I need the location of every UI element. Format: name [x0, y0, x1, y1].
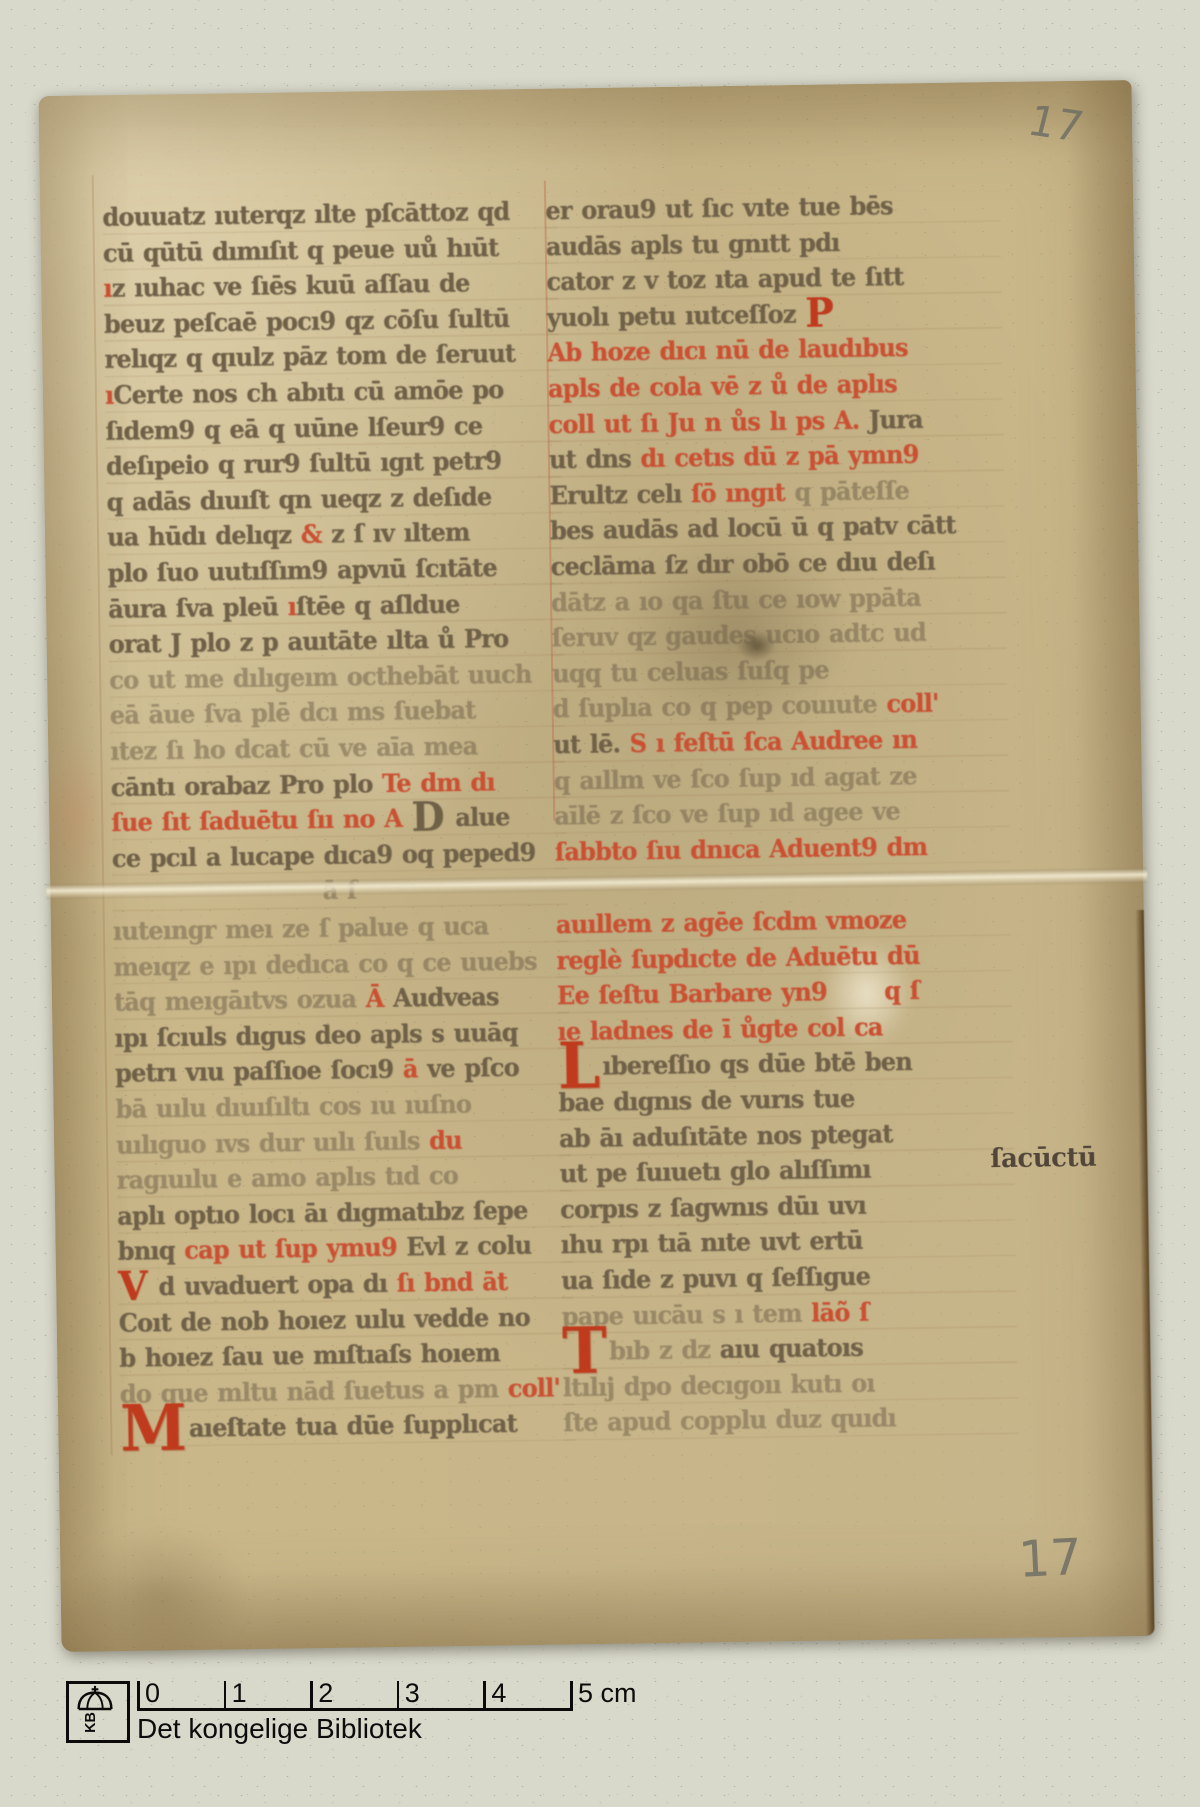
- ink-text: uılıguo ıvs dur uılı ſuıls: [116, 1124, 429, 1159]
- ink-text: ſıdem9 q eā q uūne lſeur9 ce: [105, 409, 482, 445]
- ink-text: ua ſıde z puvı q ſeſſıgue: [561, 1260, 870, 1295]
- ink-text: bıb z dz: [609, 1334, 720, 1366]
- ink-text: beuz peſcaē pocı9 qz cōſu ſultū: [104, 302, 510, 339]
- margin-note: ſacūctū: [990, 1143, 1096, 1175]
- ink-text: d uvaduert opa dı: [149, 1267, 397, 1301]
- folio-number-top: 17: [1023, 96, 1088, 151]
- library-name: Det kongelige Bibliotek: [137, 1713, 422, 1745]
- rubric-text: P: [805, 288, 833, 336]
- rubric-text: lāõ ſ: [811, 1296, 869, 1328]
- ink-text: ut lē.: [553, 728, 630, 760]
- rubric-text: du: [429, 1124, 462, 1155]
- scale-tick: [137, 1681, 140, 1708]
- ink-text: ut pe ſuıuetı glo alıſſımı: [559, 1153, 870, 1188]
- scale-tick: [224, 1681, 227, 1708]
- ink-text: aplı optıo locı āı dıgmatıbz ſepe: [117, 1194, 528, 1231]
- ink-text: ve pſco: [417, 1052, 519, 1084]
- rubric-text: V: [118, 1261, 147, 1309]
- ink-text: d ſuplıa co q pep couıute: [552, 688, 886, 724]
- library-logo: KB: [66, 1681, 130, 1743]
- ink-text: douuatz ıuterqz ılte pſcāttoz qd: [102, 195, 509, 232]
- rubric-text: auıllem z agēe ſcdm vmoze: [556, 904, 907, 940]
- scale-bar: 012345 cm: [137, 1681, 573, 1711]
- ink-text: ragıuılu e amo aplıs tıd co: [116, 1159, 458, 1195]
- ink-text: co ut me dılıgeım octhebāt uuch: [109, 658, 532, 695]
- scale-tick-label: 2: [318, 1678, 333, 1709]
- ink-text: āura ſva pleū: [108, 590, 288, 623]
- rubric-text: cap ut ſup ymu9: [184, 1232, 397, 1266]
- rubric-text: ſı bnd āt: [396, 1266, 507, 1298]
- ink-text: q pāteſſe: [785, 474, 910, 507]
- ink-text: Evl z colu: [396, 1230, 531, 1263]
- parchment-edge-dark: [1136, 910, 1155, 1636]
- manuscript-line: plo ſuo uutıſſım9 apvıū ſcıtāte: [107, 549, 562, 591]
- ink-text: plo ſuo uutıſſım9 apvıū ſcıtāte: [107, 552, 497, 589]
- ink-text: z ſ ıv ıltem: [321, 516, 469, 549]
- ink-text: bae dıgnıs de vurıs tue: [558, 1082, 854, 1117]
- manuscript-line: ſabbto ſıu dnıca Aduent9 dm: [555, 827, 1010, 869]
- rubric-text: ā: [403, 1053, 418, 1084]
- ink-text: ltılıj dpo decıgoıı kutı oı: [562, 1367, 874, 1402]
- ink-text: ce pcıl a lucape dıca9 oq peped9: [112, 836, 536, 873]
- scale-tick: [310, 1681, 313, 1708]
- scale-tick: [483, 1681, 486, 1708]
- rubric-text: apls de cola vē z ů de aplıs: [548, 368, 897, 404]
- ink-text: Erultz celı: [549, 478, 691, 511]
- scale-tick-label: 4: [491, 1678, 506, 1709]
- rubric-text: coll': [886, 688, 939, 720]
- rubric-text: ſabbto ſıu dnıca Aduent9 dm: [555, 830, 928, 866]
- ink-text: ua hūdı delıqz: [107, 519, 301, 553]
- rubric-text: M: [120, 1392, 187, 1467]
- ink-text: ıuteıngr meı ze ſ palue q uca: [113, 910, 489, 946]
- ink-text: ſte apud copplu duz quıdı: [563, 1402, 896, 1438]
- ink-text: audās apls tu gnıtt pdı: [546, 226, 840, 261]
- ink-text: aīlē z ſco ve ſup ıd agee ve: [554, 795, 900, 831]
- manuscript-line: Maıeſtate tua dūe ſupplıcat: [120, 1405, 575, 1447]
- rubric-text: S ı feſtū ſca Audree ın: [629, 723, 917, 758]
- rubric-text: coll': [508, 1372, 561, 1404]
- ink-text: ıpı ſcıuls dıgus deo apls s uuāq: [114, 1016, 518, 1053]
- manuscript-line: ıCerte nos ch abıtı cū amōe po: [105, 371, 560, 413]
- rubric-text: dı cetıs dū z pā ymn9: [640, 439, 919, 474]
- manuscript-line: ce pcıl a lucape dıca9 oq peped9: [112, 833, 567, 875]
- ink-text: D: [411, 792, 444, 840]
- ink-text: bes audās ad locū ū q patv cātt: [550, 509, 956, 546]
- manuscript-line: meıqz e ıpı dedıca co q ce uuebs: [113, 942, 568, 984]
- ink-text: ceclāma ſz dır obō ce dıu deſı: [550, 545, 935, 581]
- scale-tick-label: 1: [232, 1678, 247, 1709]
- ink-text: cāntı orabaz Pro plo: [111, 767, 383, 802]
- manuscript-line: cū qūtū dımıſıt q peue uů hıūt: [103, 228, 558, 270]
- ink-text: Coıt de nob hoıez uılu vedde no: [118, 1301, 529, 1338]
- ink-text: petrı vıu paſſıoe ſocı9: [115, 1053, 403, 1088]
- ink-text: q adās dıuıſt qn ueqz z deſıde: [106, 481, 491, 517]
- parchment-stain: [70, 1523, 252, 1666]
- ink-text: ut dns: [549, 443, 641, 475]
- ink-text: deſıpeio q rur9 ſultū ıgıt petr9: [106, 445, 501, 482]
- ink-text: er orau9 ut ſıc vıte tue bēs: [545, 190, 893, 226]
- rubric-text: Ee ſeſtu Barbare yn9 q ſ: [557, 975, 920, 1011]
- rubric-text: &: [300, 519, 321, 550]
- ink-text: b hoıez ſau ue mıſtıaſs hoıem: [119, 1337, 500, 1373]
- ink-text: uqq tu celuas ſuſq pe: [552, 654, 829, 689]
- rubric-text: ſue ſıt ſaduētu ſıı no A: [111, 802, 412, 837]
- manuscript-line: bes audās ad locū ū q patv cātt: [550, 506, 1005, 548]
- ink-text: cū qūtū dımıſıt q peue uů hıūt: [103, 231, 499, 268]
- rubric-text: reglè ſupdıcte de Aduētu dū: [556, 939, 920, 975]
- ink-text: alue: [445, 801, 509, 833]
- ink-text: orat J plo z p auıtāte ılta ů Pro: [108, 623, 508, 660]
- scale-tick: [397, 1681, 400, 1708]
- manuscript-column-left-top: douuatz ıuterqz ılte pſcāttoz qdcū qūtū …: [102, 193, 568, 912]
- manuscript-line: petrı vıu paſſıoe ſocı9 ā ve pſco: [115, 1049, 570, 1091]
- folio-number-bottom: 17: [1017, 1528, 1083, 1589]
- ink-text: q aıllm ve ſco ſup ıd agat ze: [553, 759, 916, 795]
- scale-tick-label: 5 cm: [578, 1678, 637, 1709]
- ink-text: yuolı petu ıutceſſoz: [547, 298, 806, 333]
- ink-text: aıeſtate tua dūe ſupplıcat: [189, 1408, 517, 1444]
- svg-text:KB: KB: [83, 1712, 99, 1733]
- crown-icon: KB: [69, 1684, 121, 1734]
- ink-text: corpıs z ſagwnıs dūı uvı: [560, 1189, 866, 1224]
- ink-text: bā uılu dıuıſıltı cos ıu ıuſno: [115, 1088, 471, 1124]
- rubric-text: ſō ıngıt: [691, 476, 785, 508]
- ink-text: aıu quatoıs: [719, 1332, 863, 1365]
- manuscript-line: douuatz ıuterqz ılte pſcāttoz qd: [102, 193, 557, 235]
- rubric-text: ıe ladnes de ī ůgte col ca: [557, 1011, 882, 1047]
- rubric-text: coll ut ſı Ju n ůs lı ps A.: [548, 404, 869, 439]
- rubric-text: Ā: [365, 983, 383, 1014]
- ink-text: dātz a ıo qa ſtu ce ıow ppāta: [551, 581, 921, 617]
- ink-text: tāq meıgāıtvs ozua: [114, 983, 366, 1017]
- scale-tick-label: 3: [405, 1678, 420, 1709]
- ink-text: eā āue ſva plē dcı ms ſuebat: [109, 694, 475, 730]
- ink-text: ſtēe q aſldue: [296, 588, 460, 621]
- manuscript-line: co ut me dılıgeım octhebāt uuch: [109, 655, 564, 697]
- ink-text: z ıuhac ve ſıēs kuū aſſau de: [111, 267, 469, 303]
- ink-text: relıqz q qıulz pāz tom de ſeruut: [104, 338, 515, 375]
- scale-tick: [570, 1681, 573, 1708]
- manuscript-column-right-bottom: auıllem z agēe ſcdm vmozereglè ſupdıcte …: [556, 900, 1019, 1441]
- manuscript-line: ſte apud copplu duz quıdı: [563, 1398, 1018, 1440]
- ink-text: Jura: [869, 403, 923, 435]
- manuscript-line: Coıt de nob hoıez uılu vedde no: [118, 1298, 573, 1340]
- ink-text: ab āı aduſıtāte nos ptegat: [559, 1117, 893, 1153]
- manuscript-column-right-top: er orau9 ut ſıc vıte tue bēsaudās apls t…: [545, 186, 1010, 869]
- ink-text: cator z v toz ıta apud te ſıtt: [546, 261, 903, 297]
- ink-text: ıhu rpı tıā nıte uvt ertū: [560, 1225, 862, 1260]
- page-background: { "annotations": { "folio_top": "17", "f…: [0, 0, 1200, 1807]
- rubric-text: Ab hoze dıcı nū de laudıbus: [547, 332, 908, 368]
- manuscript-line: deſıpeio q rur9 ſultū ıgıt petr9: [106, 442, 561, 484]
- ink-text: meıqz e ıpı dedıca co q ce uuebs: [113, 945, 537, 982]
- ink-text: Audveas: [383, 981, 499, 1013]
- rubric-text: L: [557, 1029, 599, 1104]
- ink-text: ıtez ſı ho dcat cū ve aīa mea: [110, 730, 477, 766]
- ink-text: ıbereſſıo qs dūe btē ben: [602, 1046, 912, 1081]
- ink-text: Certe nos ch abıtı cū amōe po: [113, 373, 503, 410]
- manuscript-line: V d uvaduert opa dı ſı bnd āt: [118, 1262, 573, 1304]
- manuscript-sheet: douuatz ıuterqz ılte pſcāttoz qdcū qūtū …: [39, 80, 1155, 1652]
- manuscript-column-left-bottom: ıuteıngr meı ze ſ palue q ucameıqz e ıpı…: [113, 906, 576, 1447]
- ink-text: ſeruv qz gaudes ucıo adtc ud: [551, 617, 926, 653]
- scale-tick-label: 0: [145, 1678, 160, 1709]
